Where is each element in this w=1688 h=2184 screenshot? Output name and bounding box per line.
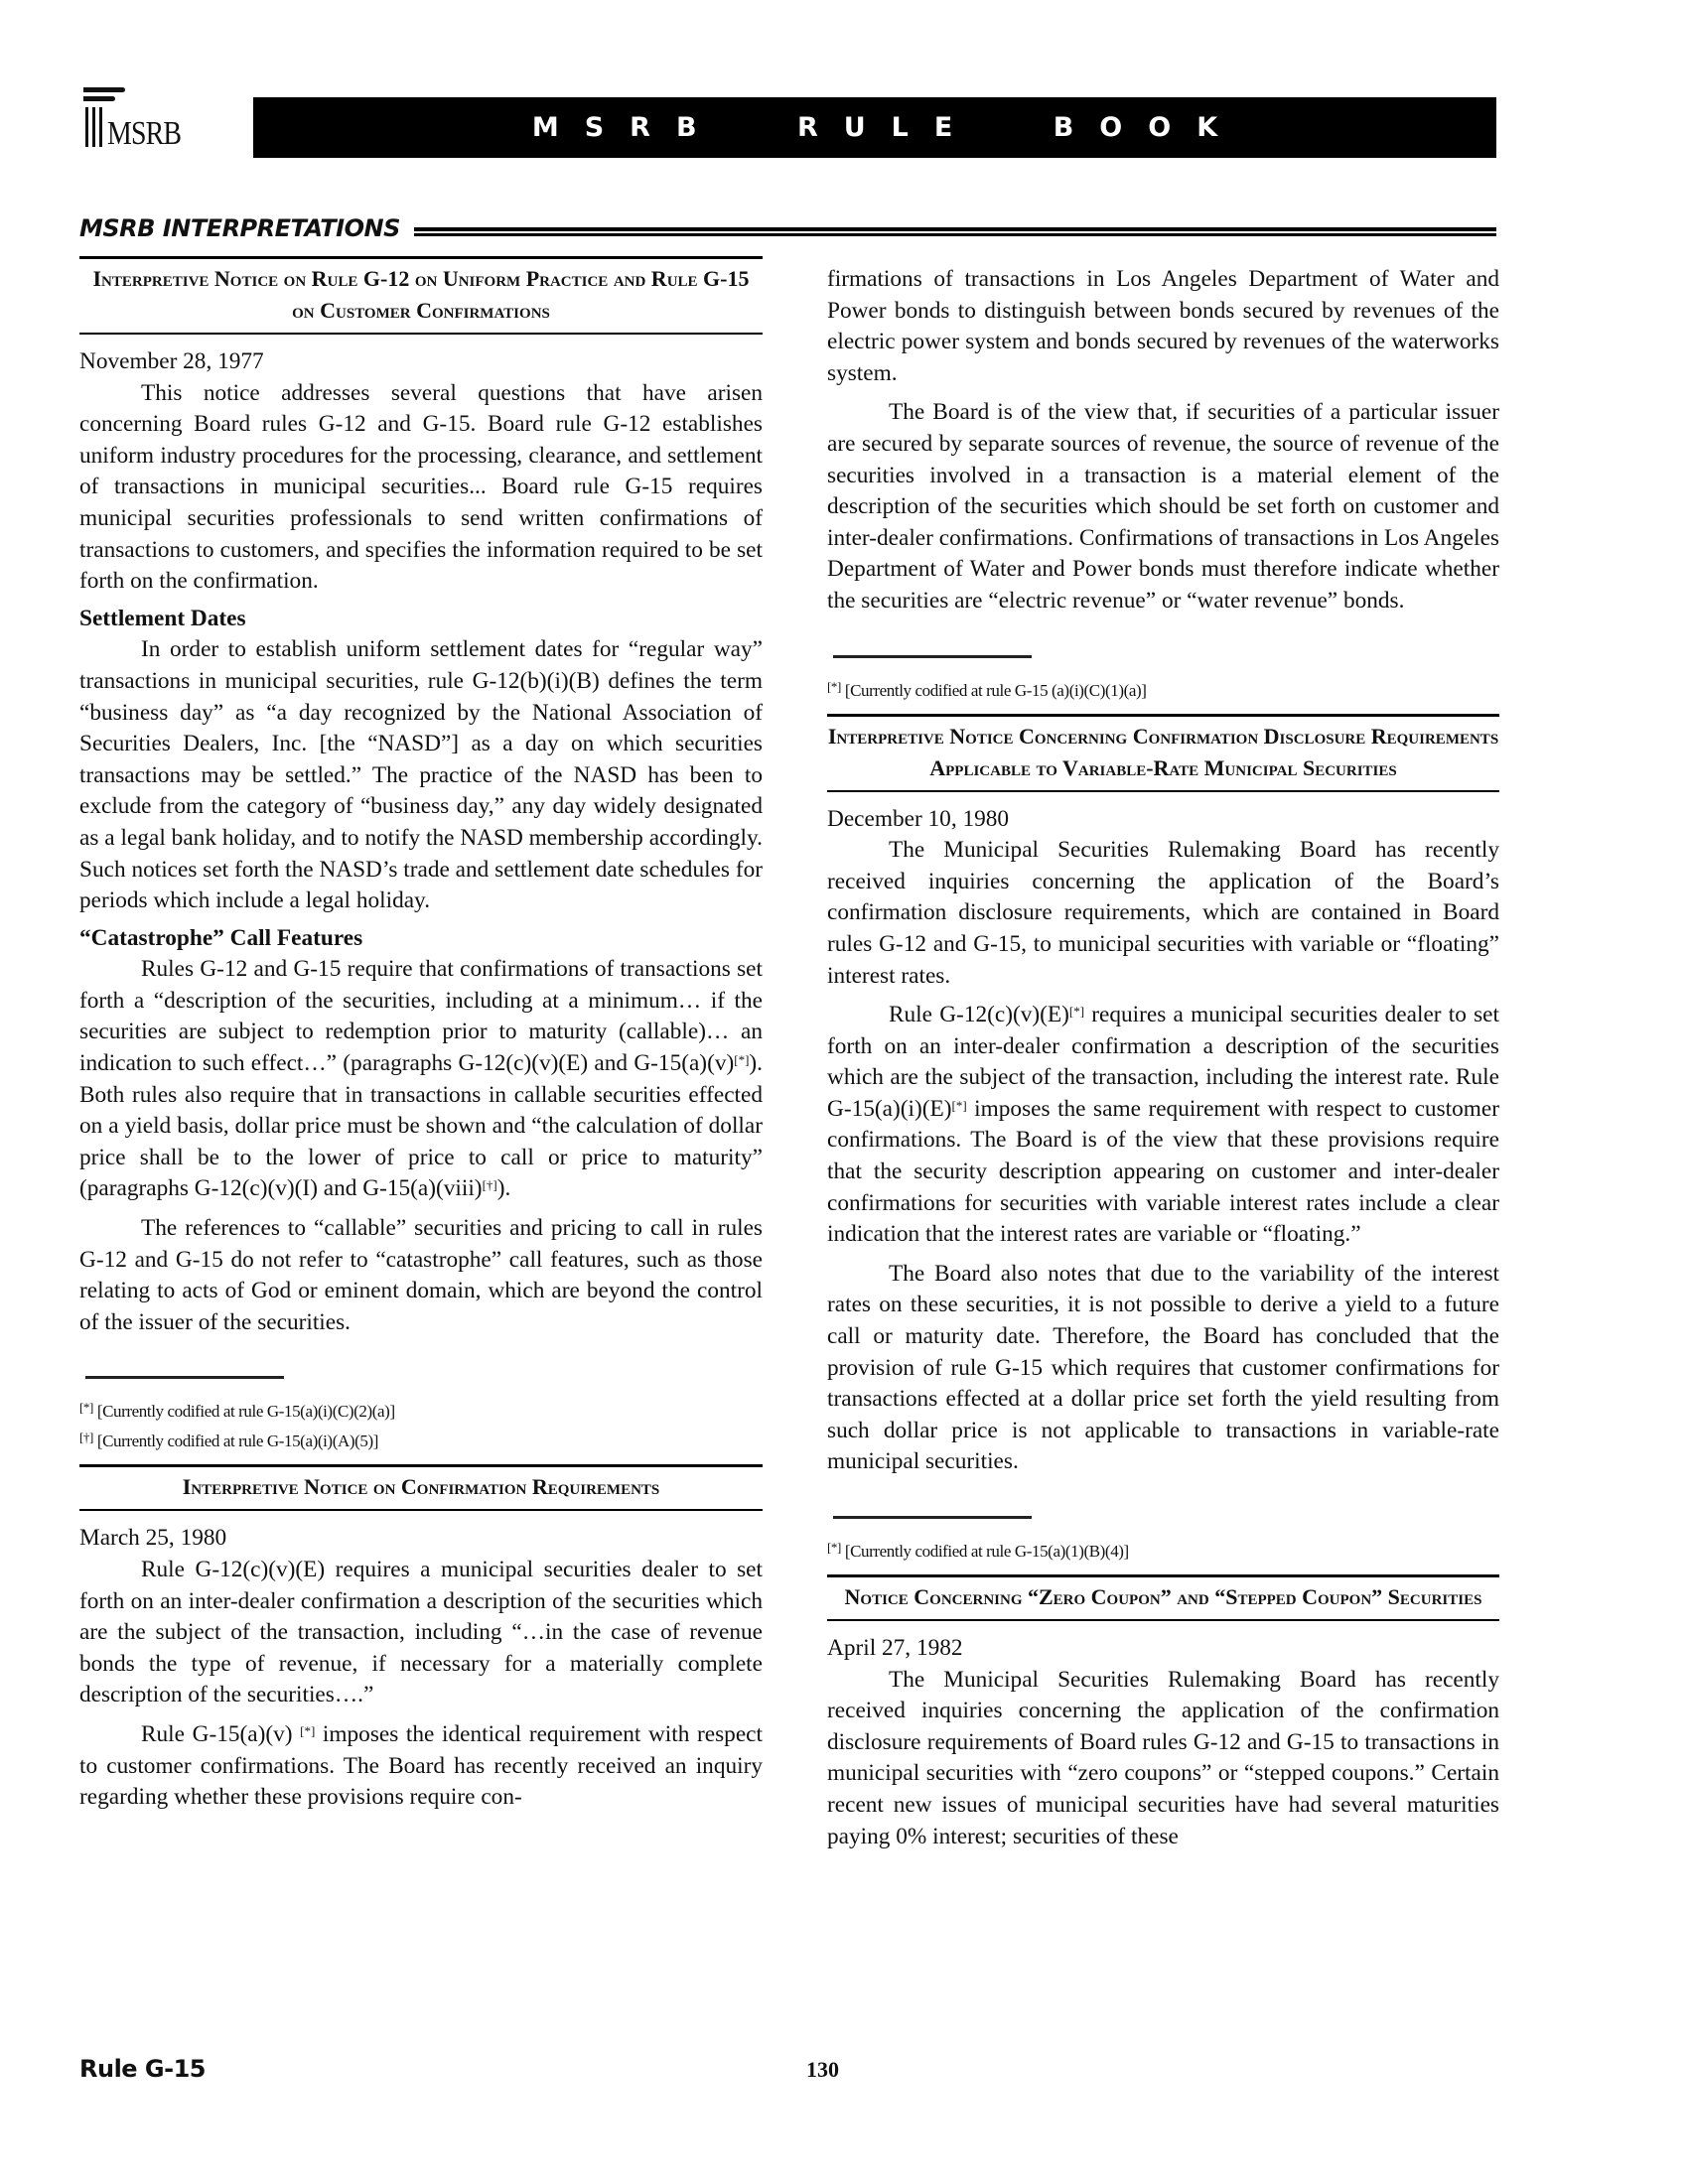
paragraph: Rule G-12(c)(v)(E) requires a municipal … — [79, 1555, 763, 1711]
footnote-divider — [833, 1516, 1032, 1519]
footnote-ref[interactable]: [*] — [300, 1723, 315, 1738]
logo-text: MSRB — [107, 115, 181, 153]
notice-date: March 25, 1980 — [79, 1523, 763, 1555]
paragraph: The references to “callable” securities … — [79, 1213, 763, 1338]
column-logo-icon — [83, 87, 125, 92]
footnote: [*] [Currently codified at rule G-15 (a)… — [827, 676, 1499, 706]
rule-book-title-bar: MSRB RULE BOOK — [253, 97, 1496, 158]
footnote-divider — [85, 1376, 284, 1379]
column-logo-icon-cap — [83, 96, 115, 101]
paragraph: The Board also notes that due to the var… — [827, 1259, 1499, 1478]
notice-heading: Interpretive Notice Concerning Confirmat… — [827, 714, 1499, 792]
text: Rule G-15(a)(v) — [141, 1721, 300, 1747]
paragraph: Rule G-12(c)(v)(E)[*] requires a municip… — [827, 1000, 1499, 1251]
notice-heading: Notice Concerning “Zero Coupon” and “Ste… — [827, 1574, 1499, 1621]
paragraph: The Municipal Securities Rulemaking Boar… — [827, 835, 1499, 992]
footnote-text: [Currently codified at rule G-15(a)(1)(B… — [845, 1542, 1129, 1561]
footnote-text: [Currently codified at rule G-15(a)(i)(A… — [97, 1432, 378, 1450]
paragraph: This notice addresses several questions … — [79, 378, 763, 598]
text: ). — [497, 1175, 511, 1201]
footnote-mark: [*] — [827, 679, 841, 694]
footnote: [†] [Currently codified at rule G-15(a)(… — [79, 1427, 763, 1456]
paragraph: Rules G-12 and G-15 require that confirm… — [79, 954, 763, 1205]
notice-date: December 10, 1980 — [827, 804, 1499, 836]
page-number: 130 — [806, 2057, 839, 2083]
paragraph: Rule G-15(a)(v) [*] imposes the identica… — [79, 1719, 763, 1814]
footnote-ref[interactable]: [*] — [951, 1098, 966, 1113]
subheading: “Catastrophe” Call Features — [79, 923, 763, 955]
left-column: Interpretive Notice on Rule G-12 on Unif… — [79, 256, 763, 1814]
footnote: [*] [Currently codified at rule G-15(a)(… — [827, 1537, 1499, 1567]
subheading: Settlement Dates — [79, 604, 763, 635]
footnote-ref[interactable]: [*] — [734, 1052, 749, 1067]
footnote-text: [Currently codified at rule G-15 (a)(i)(… — [845, 681, 1147, 700]
footnote-mark: [*] — [827, 1540, 841, 1555]
section-double-rule — [414, 227, 1496, 236]
footnote-mark: [*] — [79, 1400, 93, 1415]
notice-heading: Interpretive Notice on Confirmation Requ… — [79, 1464, 763, 1511]
notice-date: April 27, 1982 — [827, 1633, 1499, 1665]
text: Rules G-12 and G-15 require that confirm… — [79, 956, 763, 1076]
msrb-logo: MSRB — [79, 85, 248, 155]
footnote-divider — [833, 655, 1032, 658]
footnote-text: [Currently codified at rule G-15(a)(i)(C… — [97, 1402, 395, 1421]
notice-date: November 28, 1977 — [79, 346, 763, 378]
section-label: MSRB INTERPRETATIONS — [79, 214, 400, 242]
column-logo-icon-pillar — [92, 107, 95, 147]
paragraph: The Municipal Securities Rulemaking Boar… — [827, 1665, 1499, 1853]
column-logo-icon-pillar — [99, 107, 102, 147]
rule-book-title: MSRB RULE BOOK — [506, 112, 1243, 143]
paragraph: firmations of transactions in Los Angele… — [827, 264, 1499, 389]
paragraph: In order to establish uniform settlement… — [79, 634, 763, 916]
column-logo-icon-pillar — [85, 107, 88, 147]
paragraph: The Board is of the view that, if securi… — [827, 397, 1499, 616]
footnote: [*] [Currently codified at rule G-15(a)(… — [79, 1397, 763, 1427]
notice-heading: Interpretive Notice on Rule G-12 on Unif… — [79, 256, 763, 335]
footnote-ref[interactable]: [*] — [1069, 1004, 1084, 1019]
footnote-mark: [†] — [79, 1430, 93, 1444]
text: Rule G-12(c)(v)(E) — [889, 1002, 1069, 1027]
footnote-ref[interactable]: [†] — [483, 1177, 497, 1192]
footer-rule-label: Rule G-15 — [79, 2055, 206, 2083]
right-column: firmations of transactions in Los Angele… — [827, 264, 1499, 1852]
